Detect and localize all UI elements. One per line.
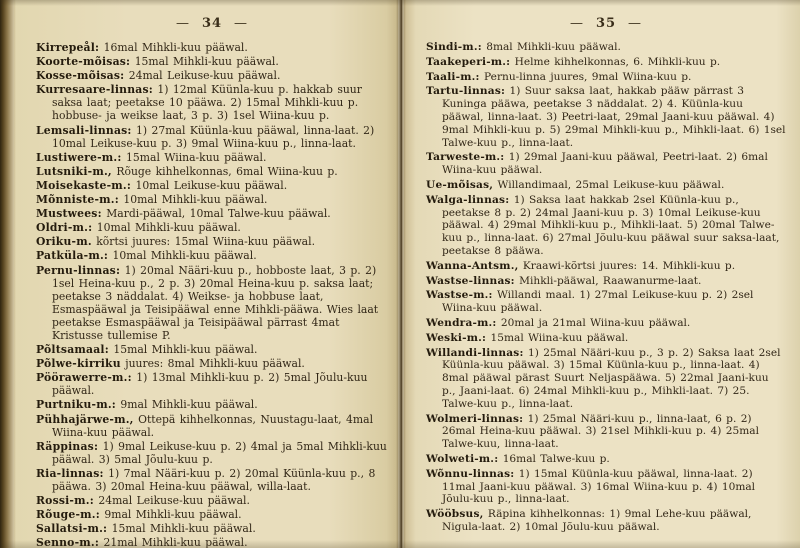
place-name: Willandi-linnas: xyxy=(426,347,524,359)
fair-entry: Wastse-m.: Willandi maal. 1) 27mal Leiku… xyxy=(426,289,786,315)
entry-details: Räpina kihhelkonnas: 1) 9mal Lehe-kuu pä… xyxy=(442,508,751,533)
header-dash: — xyxy=(176,16,190,31)
page-34: —34— Kirrepeål: 16mal Mihkli-kuu pääwal.… xyxy=(14,0,398,548)
place-name: Patküla-m.: xyxy=(36,249,108,262)
fair-entry: Wööbsus, Räpina kihhelkonnas: 1) 9mal Le… xyxy=(426,508,786,534)
fair-entry: Pöörawerre-m.: 1) 13mal Mihkli-kuu p. 2)… xyxy=(36,371,388,397)
place-name: Koorte-mõisas: xyxy=(36,55,130,68)
place-name: Weski-m.: xyxy=(426,332,486,344)
fair-entry: Oriku-m. kõrtsi juures: 15mal Wiina-kuu … xyxy=(36,235,388,248)
page-gutter xyxy=(396,0,406,548)
place-name: Põlwe-kirriku xyxy=(36,357,121,370)
entry-details: 24mal Leikuse-kuu pääwal. xyxy=(98,494,250,507)
fair-entry: Lutsniki-m., Rõuge kihhelkonnas, 6mal Wi… xyxy=(36,165,388,178)
place-name: Wõnnu-linnas: xyxy=(426,468,514,480)
place-name: Wolweti-m.: xyxy=(426,453,498,465)
place-name: Mõnniste-m.: xyxy=(36,193,119,206)
entry-details: 15mal Wiina-kuu pääwal. xyxy=(490,332,628,344)
entry-details: 16mal Mihkli-kuu pääwal. xyxy=(104,41,248,54)
fair-entry: Tarweste-m.: 1) 29mal Jaani-kuu pääwal, … xyxy=(426,151,786,177)
page-number-34: 34 xyxy=(202,16,222,31)
place-name: Lustiwere-m.: xyxy=(36,151,122,164)
place-name: Kirrepeål: xyxy=(36,41,99,54)
entry-details: Rõuge kihhelkonnas, 6mal Wiina-kuu p. xyxy=(116,165,337,178)
entry-details: kõrtsi juures: 15mal Wiina-kuu pääwal. xyxy=(96,235,315,248)
fair-entry: Lustiwere-m.: 15mal Wiina-kuu pääwal. xyxy=(36,151,388,164)
place-name: Oldri-m.: xyxy=(36,221,92,234)
fair-entry: Purtniku-m.: 9mal Mihkli-kuu pääwal. xyxy=(36,398,388,411)
place-name: Ue-mõisas, xyxy=(426,179,493,191)
fair-entry: Rõuge-m.: 9mal Mihkli-kuu pääwal. xyxy=(36,508,388,521)
fair-entry: Wendra-m.: 20mal ja 21mal Wiina-kuu pääw… xyxy=(426,317,786,330)
book-left-edge xyxy=(0,0,16,548)
fair-entry: Taali-m.: Pernu-linna juures, 9mal Wiina… xyxy=(426,71,786,84)
fair-entry: Pühhajärwe-m., Ottepä kihhelkonnas, Nuus… xyxy=(36,413,388,439)
fair-entry: Patküla-m.: 10mal Mihkli-kuu pääwal. xyxy=(36,249,388,262)
fair-entry: Ria-linnas: 1) 7mal Nääri-kuu p. 2) 20ma… xyxy=(36,467,388,493)
page-number-35: 35 xyxy=(596,16,616,31)
place-name: Sallatsi-m.: xyxy=(36,522,107,535)
fair-list-page-35: Sindi-m.: 8mal Mihkli-kuu pääwal. Taakep… xyxy=(426,41,786,534)
entry-details: 9mal Mihkli-kuu pääwal. xyxy=(104,508,241,521)
fair-entry: Weski-m.: 15mal Wiina-kuu pääwal. xyxy=(426,332,786,345)
fair-entry: Mõnniste-m.: 10mal Mihkli-kuu pääwal. xyxy=(36,193,388,206)
place-name: Tartu-linnas: xyxy=(426,85,505,97)
place-name: Wanna-Antsm., xyxy=(426,260,518,272)
book-scan: —34— Kirrepeål: 16mal Mihkli-kuu pääwal.… xyxy=(0,0,800,548)
page-34-header: —34— xyxy=(36,16,388,31)
entry-details: Pernu-linna juures, 9mal Wiina-kuu p. xyxy=(484,71,691,83)
place-name: Wendra-m.: xyxy=(426,317,497,329)
header-dash: — xyxy=(570,16,584,31)
place-name: Kurresaare-linnas: xyxy=(36,83,153,96)
place-name: Lemsali-linnas: xyxy=(36,124,132,137)
fair-entry: Walga-linnas: 1) Saksa laat hakkab 2sel … xyxy=(426,194,786,258)
entry-details: 15mal Mihkli-kuu pääwal. xyxy=(113,343,257,356)
fair-entry: Räppinas: 1) 9mal Leikuse-kuu p. 2) 4mal… xyxy=(36,440,388,466)
fair-list-page-34: Kirrepeål: 16mal Mihkli-kuu pääwal. Koor… xyxy=(36,41,388,548)
place-name: Ria-linnas: xyxy=(36,467,104,480)
page-35: —35— Sindi-m.: 8mal Mihkli-kuu pääwal. T… xyxy=(404,0,800,548)
place-name: Kosse-mõisas: xyxy=(36,69,124,82)
place-name: Wööbsus, xyxy=(426,508,484,520)
entry-details: 20mal ja 21mal Wiina-kuu pääwal. xyxy=(501,317,690,329)
entry-details: Kraawi-kõrtsi juures: 14. Mihkli-kuu p. xyxy=(523,260,735,272)
place-name: Wastse-linnas: xyxy=(426,275,515,287)
entry-details: 9mal Mihkli-kuu pääwal. xyxy=(120,398,257,411)
entry-details: 10mal Mihkli-kuu pääwal. xyxy=(113,249,257,262)
place-name: Oriku-m. xyxy=(36,235,92,248)
place-name: Wastse-m.: xyxy=(426,289,493,301)
entry-details: juures: 8mal Mihkli-kuu pääwal. xyxy=(125,357,305,370)
fair-entry: Koorte-mõisas: 15mal Mihkli-kuu pääwal. xyxy=(36,55,388,68)
entry-details: 1) 9mal Leikuse-kuu p. 2) 4mal ja 5mal M… xyxy=(52,440,387,466)
header-dash: — xyxy=(628,16,642,31)
fair-entry: Põltsamaal: 15mal Mihkli-kuu pääwal. xyxy=(36,343,388,356)
fair-entry: Põlwe-kirriku juures: 8mal Mihkli-kuu pä… xyxy=(36,357,388,370)
place-name: Moisekaste-m.: xyxy=(36,179,131,192)
fair-entry: Mustwees: Mardi-pääwal, 10mal Talwe-kuu … xyxy=(36,207,388,220)
fair-entry: Kirrepeål: 16mal Mihkli-kuu pääwal. xyxy=(36,41,388,54)
fair-entry: Wastse-linnas: Mihkli-pääwal, Raawanurme… xyxy=(426,275,786,288)
place-name: Taali-m.: xyxy=(426,71,480,83)
fair-entry: Lemsali-linnas: 1) 27mal Küünla-kuu pääw… xyxy=(36,124,388,150)
place-name: Räppinas: xyxy=(36,440,98,453)
fair-entry: Moisekaste-m.: 10mal Leikuse-kuu pääwal. xyxy=(36,179,388,192)
book-top-shadow xyxy=(0,0,800,6)
entry-details: Helme kihhelkonnas, 6. Mihkli-kuu p. xyxy=(515,56,721,68)
place-name: Taakeperi-m.: xyxy=(426,56,510,68)
fair-entry: Wolweti-m.: 16mal Talwe-kuu p. xyxy=(426,453,786,466)
entry-details: 10mal Mihkli-kuu pääwal. xyxy=(123,193,267,206)
fair-entry: Tartu-linnas: 1) Suur saksa laat, hakkab… xyxy=(426,85,786,149)
entry-details: Mardi-pääwal, 10mal Talwe-kuu pääwal. xyxy=(106,207,331,220)
entry-details: Mihkli-pääwal, Raawanurme-laat. xyxy=(519,275,701,287)
fair-entry: Kurresaare-linnas: 1) 12mal Küünla-kuu p… xyxy=(36,83,388,122)
header-dash: — xyxy=(234,16,248,31)
place-name: Purtniku-m.: xyxy=(36,398,116,411)
entry-details: 15mal Mihkli-kuu pääwal. xyxy=(112,522,256,535)
book-bottom-shadow xyxy=(0,540,800,548)
place-name: Tarweste-m.: xyxy=(426,151,504,163)
fair-entry: Sallatsi-m.: 15mal Mihkli-kuu pääwal. xyxy=(36,522,388,535)
fair-entry: Sindi-m.: 8mal Mihkli-kuu pääwal. xyxy=(426,41,786,54)
fair-entry: Wolmeri-linnas: 1) 25mal Nääri-kuu p., l… xyxy=(426,413,786,451)
place-name: Rõuge-m.: xyxy=(36,508,100,521)
place-name: Mustwees: xyxy=(36,207,102,220)
entry-details: 24mal Leikuse-kuu pääwal. xyxy=(129,69,281,82)
entry-details: 15mal Wiina-kuu pääwal. xyxy=(126,151,266,164)
fair-entry: Taakeperi-m.: Helme kihhelkonnas, 6. Mih… xyxy=(426,56,786,69)
entry-details: 16mal Talwe-kuu p. xyxy=(503,453,610,465)
entry-details: Willandimaal, 25mal Leikuse-kuu pääwal. xyxy=(498,179,725,191)
fair-entry: Wõnnu-linnas: 1) 15mal Küünla-kuu pääwal… xyxy=(426,468,786,506)
place-name: Lutsniki-m., xyxy=(36,165,112,178)
fair-entry: Oldri-m.: 10mal Mihkli-kuu pääwal. xyxy=(36,221,388,234)
place-name: Rossi-m.: xyxy=(36,494,94,507)
place-name: Sindi-m.: xyxy=(426,41,482,53)
fair-entry: Wanna-Antsm., Kraawi-kõrtsi juures: 14. … xyxy=(426,260,786,273)
place-name: Pöörawerre-m.: xyxy=(36,371,132,384)
fair-entry: Kosse-mõisas: 24mal Leikuse-kuu pääwal. xyxy=(36,69,388,82)
place-name: Pernu-linnas: xyxy=(36,264,120,277)
fair-entry: Rossi-m.: 24mal Leikuse-kuu pääwal. xyxy=(36,494,388,507)
fair-entry: Ue-mõisas, Willandimaal, 25mal Leikuse-k… xyxy=(426,179,786,192)
place-name: Wolmeri-linnas: xyxy=(426,413,523,425)
fair-entry: Willandi-linnas: 1) 25mal Nääri-kuu p., … xyxy=(426,347,786,411)
place-name: Pühhajärwe-m., xyxy=(36,413,134,426)
entry-details: 10mal Mihkli-kuu pääwal. xyxy=(97,221,241,234)
entry-details: 10mal Leikuse-kuu pääwal. xyxy=(136,179,288,192)
place-name: Walga-linnas: xyxy=(426,194,509,206)
place-name: Põltsamaal: xyxy=(36,343,109,356)
fair-entry: Pernu-linnas: 1) 20mal Nääri-kuu p., hob… xyxy=(36,264,388,343)
entry-details: 8mal Mihkli-kuu pääwal. xyxy=(486,41,621,53)
page-35-header: —35— xyxy=(426,16,786,31)
entry-details: 15mal Mihkli-kuu pääwal. xyxy=(135,55,279,68)
